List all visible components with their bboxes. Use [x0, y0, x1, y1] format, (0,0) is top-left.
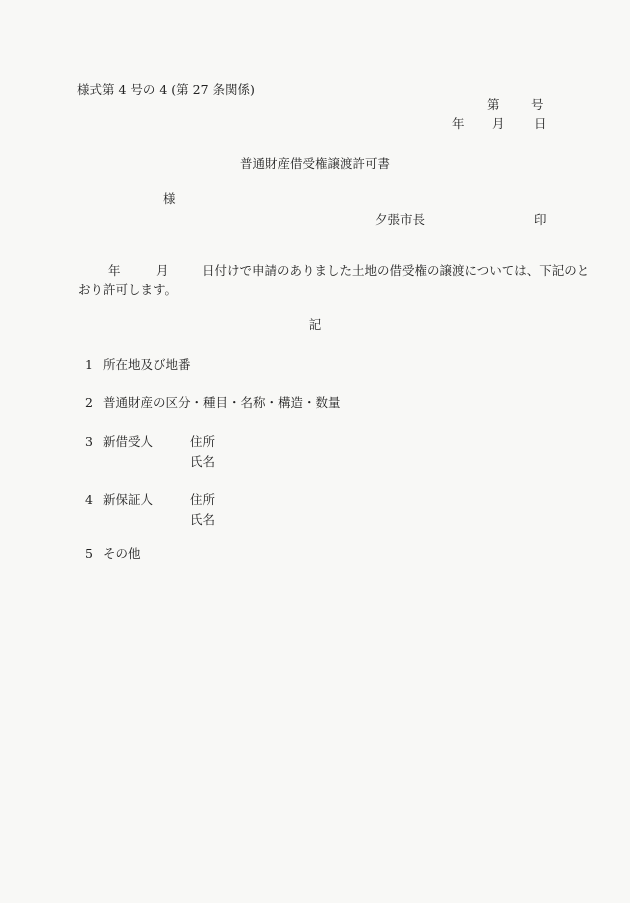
list-item-1-number: 1	[85, 357, 93, 372]
body-paragraph-line1: 年 月 日付けで申請のありました土地の借受権の譲渡については、下記のと	[0, 263, 630, 279]
date-month-label: 月	[492, 116, 505, 131]
document-title: 普通財産借受権譲渡許可書	[0, 156, 630, 172]
form-number-line: 様式第 4 号の 4 (第 27 条関係)	[0, 82, 630, 98]
document-page: 様式第 4 号の 4 (第 27 条関係) 第 号 年 月 日 普通財産借受権譲…	[0, 0, 630, 903]
form-number: 様式第 4 号の 4 (第 27 条関係)	[77, 82, 255, 97]
body-line1-text: 日付けで申請のありました土地の借受権の譲渡については、下記のと	[202, 263, 589, 278]
list-item-4-detail-address: 住所	[190, 492, 215, 507]
list-item-5: 5 その他	[0, 546, 630, 562]
addressee-line: 様	[0, 191, 630, 207]
seal-mark: 印	[534, 212, 547, 227]
body-blank-year: 年	[108, 263, 121, 278]
issuer-name: 夕張市長	[375, 212, 425, 227]
list-item-3-label: 新借受人	[103, 434, 153, 449]
body-blank-month: 月	[156, 263, 169, 278]
date-line: 年 月 日	[0, 116, 630, 132]
list-item-4: 4 新保証人 住所 氏名	[0, 492, 630, 508]
list-item-3-detail-name: 氏名	[190, 454, 215, 469]
list-item-3: 3 新借受人 住所 氏名	[0, 434, 630, 450]
doc-number-prefix: 第	[487, 97, 500, 112]
body-paragraph-line2: おり許可します。	[0, 282, 630, 298]
list-item-1: 1 所在地及び地番	[0, 357, 630, 373]
doc-number-line: 第 号	[0, 97, 630, 113]
list-item-4-label: 新保証人	[103, 492, 153, 507]
list-item-3-detail-address: 住所	[190, 434, 215, 449]
list-item-5-number: 5	[85, 546, 93, 561]
list-item-4-detail-name: 氏名	[190, 512, 215, 527]
list-heading-ki: 記	[0, 317, 630, 333]
issuer-line: 夕張市長 印	[0, 212, 630, 228]
list-item-2-label: 普通財産の区分・種目・名称・構造・数量	[103, 395, 341, 410]
date-year-label: 年	[452, 116, 465, 131]
list-item-4-number: 4	[85, 492, 93, 507]
body-line2-text: おり許可します。	[78, 282, 177, 297]
list-item-3-number: 3	[85, 434, 93, 449]
date-day-label: 日	[534, 116, 547, 131]
addressee-suffix: 様	[163, 191, 176, 206]
list-item-1-label: 所在地及び地番	[103, 357, 191, 372]
list-item-2: 2 普通財産の区分・種目・名称・構造・数量	[0, 395, 630, 411]
list-item-2-number: 2	[85, 395, 93, 410]
doc-number-suffix: 号	[531, 97, 544, 112]
list-item-5-label: その他	[103, 546, 141, 561]
